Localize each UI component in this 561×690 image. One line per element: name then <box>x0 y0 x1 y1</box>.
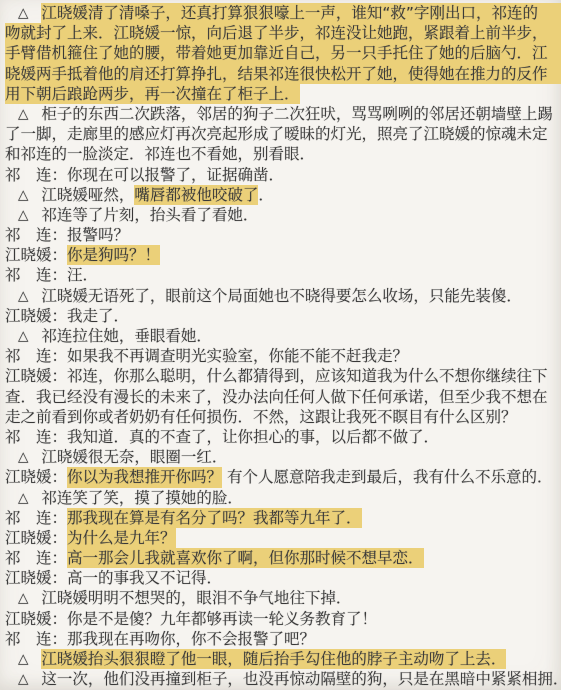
text-segment: 走之前看到你或者奶奶有任何损伤．不然，这跟让我死不瞑目有什么区别？ <box>5 407 517 427</box>
action-triangle-marker: △ <box>18 447 28 467</box>
text-segment: 祁连，你那么聪明，什么都猜得到，应该知道我为什么不想你继续往下 <box>67 366 548 386</box>
text-segment: 江晓媛无语死了，眼前这个局面她也不晓得要怎么收场，只能先装傻． <box>41 286 522 306</box>
script-line: △柜子的东西二次跌落，邻居的狗子二次狂吠，骂骂咧咧的邻居还朝墙壁上踢 <box>5 104 561 124</box>
action-triangle-marker: △ <box>18 488 28 508</box>
speaker-name: 祁 连： <box>5 265 67 285</box>
script-line: △祁连笑了笑，摸了摸她的脸． <box>5 488 561 508</box>
script-line: △江晓媛很无奈，眼圈一红． <box>5 447 561 467</box>
text-segment: 我知道．真的不查了，让你担心的事，以后都不做了． <box>67 427 439 447</box>
highlighted-text: 嘴唇都被他咬破了 <box>134 185 258 205</box>
text-segment: 你是不是傻？九年都够再读一轮义务教育了！ <box>67 609 377 629</box>
speaker-name: 江晓媛： <box>5 366 67 386</box>
highlighted-text: 你是狗吗？！ <box>67 245 160 265</box>
text-segment: 柜子的东西二次跌落，邻居的狗子二次狂吠，骂骂咧咧的邻居还朝墙壁上踢 <box>41 104 553 124</box>
script-line: △江晓媛清了清嗓子，还真打算狠狠嚎上一声，谁知“救”字刚出口，祁连的 <box>5 3 561 23</box>
highlighted-text: 用下朝后踉跄两步，再一次撞在了柜子上． <box>5 84 300 104</box>
highlighted-text: 那我现在算是有名分了吗？我都等九年了． <box>67 508 362 528</box>
text-segment: 江晓媛明明不想哭的，眼泪不争气地往下掉． <box>41 588 351 608</box>
highlighted-text: 江晓媛清了清嗓子，还真打算狠狠嚎上一声，谁知“救”字刚出口，祁连的 <box>41 3 561 23</box>
action-triangle-marker: △ <box>18 649 28 669</box>
text-segment: 祁连笑了笑，摸了摸她的脸． <box>41 488 243 508</box>
script-line: 江晓媛：你是不是傻？九年都够再读一轮义务教育了！ <box>5 609 561 629</box>
script-line: △祁连拉住她，垂眼看她． <box>5 326 561 346</box>
speaker-name: 祁 连： <box>5 508 67 528</box>
script-line: 晓媛两手抵着他的肩还打算挣扎，结果祁连很快松开了她，使得她在推力的反作 <box>5 64 561 84</box>
speaker-name: 江晓媛： <box>5 568 67 588</box>
script-line: 江晓媛：你以为我想推开你吗？ 有个人愿意陪我走到最后，我有什么不乐意的． <box>5 467 561 487</box>
script-line: 祁 连：高一那会儿我就喜欢你了啊，但你那时候不想早恋． <box>5 548 561 568</box>
text-segment: ． <box>258 185 274 205</box>
script-line: △这一次，他们没再撞到柜子，也没再惊动隔壁的狗，只是在黑暗中紧紧相拥． <box>5 669 561 689</box>
speaker-name: 祁 连： <box>5 548 67 568</box>
highlighted-text: 晓媛两手抵着他的肩还打算挣扎，结果祁连很快松开了她，使得她在推力的反作 <box>5 64 561 84</box>
script-line: 祁 连：报警吗？ <box>5 225 561 245</box>
script-line: △江晓媛明明不想哭的，眼泪不争气地往下掉． <box>5 588 561 608</box>
script-line: 和祁连的一脸淡定．祁连也不看她，别看眼． <box>5 144 561 164</box>
text-segment: 报警吗？ <box>67 225 129 245</box>
text-segment: 祁连拉住她，垂眼看她． <box>41 326 212 346</box>
action-triangle-marker: △ <box>18 286 28 306</box>
highlighted-text: 为什么是九年？ <box>67 528 176 548</box>
text-segment: 祁连等了片刻，抬头看了看她． <box>41 205 258 225</box>
action-triangle-marker: △ <box>18 205 28 225</box>
text-segment: 江晓媛很无奈，眼圈一红． <box>41 447 227 467</box>
speaker-name: 祁 连： <box>5 427 67 447</box>
script-line: 江晓媛：你是狗吗？！ <box>5 245 561 265</box>
script-line: 江晓媛：我走了． <box>5 306 561 326</box>
text-segment: 这一次，他们没再撞到柜子，也没再惊动隔壁的狗，只是在黑暗中紧紧相拥． <box>41 669 561 689</box>
speaker-name: 祁 连： <box>5 629 67 649</box>
text-segment: 那我现在再吻你，你不会报警了吧？ <box>67 629 315 649</box>
script-line: 手臂借机箍住了她的腰，带着她更加靠近自己，另一只手托住了她的后脑勺．江 <box>5 43 561 63</box>
text-segment: 和祁连的一脸淡定．祁连也不看她，别看眼． <box>5 144 315 164</box>
speaker-name: 江晓媛： <box>5 609 67 629</box>
speaker-name: 江晓媛： <box>5 245 67 265</box>
text-segment: 高一的事我又不记得． <box>67 568 222 588</box>
speaker-name: 祁 连： <box>5 346 67 366</box>
text-segment: 查．我已经没有漫长的未来了，没办法向任何人做下任何承诺，但至少我不想在 <box>5 387 548 407</box>
script-line: 用下朝后踉跄两步，再一次撞在了柜子上． <box>5 84 561 104</box>
script-line: △江晓媛无语死了，眼前这个局面她也不晓得要怎么收场，只能先装傻． <box>5 286 561 306</box>
speaker-name: 祁 连： <box>5 225 67 245</box>
text-segment: 了一脚，走廊里的感应灯再次亮起形成了暧昧的灯光，照亮了江晓媛的惊魂未定 <box>5 124 548 144</box>
script-line: 江晓媛：为什么是九年？ <box>5 528 561 548</box>
text-segment: 你现在可以报警了，证据确凿． <box>67 165 284 185</box>
highlighted-text: 你以为我想推开你吗？ <box>67 467 222 487</box>
action-triangle-marker: △ <box>18 104 28 124</box>
script-line: 了一脚，走廊里的感应灯再次亮起形成了暧昧的灯光，照亮了江晓媛的惊魂未定 <box>5 124 561 144</box>
script-line: 江晓媛：高一的事我又不记得． <box>5 568 561 588</box>
script-line: △江晓媛抬头狠狠瞪了他一眼，随后抬手勾住他的脖子主动吻了上去． <box>5 649 561 669</box>
action-triangle-marker: △ <box>18 185 28 205</box>
text-segment: 江晓媛哑然， <box>41 185 134 205</box>
script-line: 祁 连：汪． <box>5 265 561 285</box>
action-triangle-marker: △ <box>18 588 28 608</box>
script-line: 祁 连：我知道．真的不查了，让你担心的事，以后都不做了． <box>5 427 561 447</box>
script-line: 祁 连：那我现在再吻你，你不会报警了吧？ <box>5 629 561 649</box>
highlighted-text: 吻就封了上来．江晓媛一惊，向后退了半步，祁连没让她跑，紧跟着上前半步， <box>5 23 561 43</box>
speaker-name: 江晓媛： <box>5 306 67 326</box>
action-triangle-marker: △ <box>18 326 28 346</box>
text-segment: 我走了． <box>67 306 129 326</box>
text-segment: 汪． <box>67 265 98 285</box>
script-line: 吻就封了上来．江晓媛一惊，向后退了半步，祁连没让她跑，紧跟着上前半步， <box>5 23 561 43</box>
speaker-name: 祁 连： <box>5 165 67 185</box>
script-line: 祁 连：你现在可以报警了，证据确凿． <box>5 165 561 185</box>
text-segment: 如果我不再调查明光实验室，你能不能不赶我走？ <box>67 346 408 366</box>
script-line: 祁 连：那我现在算是有名分了吗？我都等九年了． <box>5 508 561 528</box>
script-line: 走之前看到你或者奶奶有任何损伤．不然，这跟让我死不瞑目有什么区别？ <box>5 407 561 427</box>
script-line: 祁 连：如果我不再调查明光实验室，你能不能不赶我走？ <box>5 346 561 366</box>
highlighted-text: 高一那会儿我就喜欢你了啊，但你那时候不想早恋． <box>67 548 424 568</box>
script-line: △江晓媛哑然，嘴唇都被他咬破了． <box>5 185 561 205</box>
speaker-name: 江晓媛： <box>5 528 67 548</box>
script-page: △江晓媛清了清嗓子，还真打算狠狠嚎上一声，谁知“救”字刚出口，祁连的吻就封了上来… <box>0 0 561 690</box>
action-triangle-marker: △ <box>18 669 28 689</box>
speaker-name: 江晓媛： <box>5 467 67 487</box>
script-line: 江晓媛：祁连，你那么聪明，什么都猜得到，应该知道我为什么不想你继续往下 <box>5 366 561 386</box>
script-line: △祁连等了片刻，抬头看了看她． <box>5 205 561 225</box>
action-triangle-marker: △ <box>18 3 28 23</box>
highlighted-text: 江晓媛抬头狠狠瞪了他一眼，随后抬手勾住他的脖子主动吻了上去． <box>41 649 506 669</box>
highlighted-text: 手臂借机箍住了她的腰，带着她更加靠近自己，另一只手托住了她的后脑勺．江 <box>5 43 561 63</box>
text-segment: 有个人愿意陪我走到最后，我有什么不乐意的． <box>222 467 552 487</box>
script-line: 查．我已经没有漫长的未来了，没办法向任何人做下任何承诺，但至少我不想在 <box>5 387 561 407</box>
